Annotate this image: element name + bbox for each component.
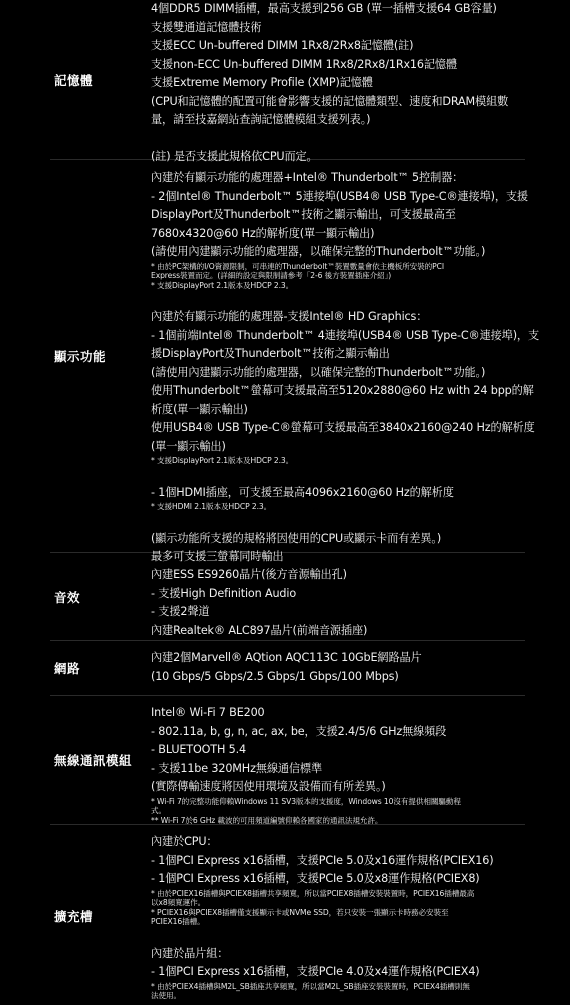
expansion-note: * 由於PCIEX4插槽與M2L_SB插座共享頻寬，所以當M2L_SB插座安裝裝… — [151, 982, 525, 992]
spec-label-network: 網路 — [50, 641, 151, 695]
audio-line: 內建Realtek® ALC897晶片(前端音源插座) — [151, 622, 525, 641]
display-line: - 1個前端Intel® Thunderbolt™ 4連接埠(USB4® USB… — [151, 327, 539, 346]
display-line: 內建於有顯示功能的處理器+Intel® Thunderbolt™ 5控制器： — [151, 169, 539, 188]
spec-row-expansion: 擴充槽 內建於CPU： - 1個PCI Express x16插槽，支援PCIe… — [50, 825, 525, 1005]
display-line: 援DisplayPort及Thunderbolt™技術之顯示輸出 — [151, 345, 539, 364]
memory-line: 量，請至技嘉網站查詢記憶體模組支援列表。) — [151, 111, 525, 130]
spec-value-memory: 4個DDR5 DIMM插槽，最高支援到256 GB (單一插槽支援64 GB容量… — [151, 0, 525, 159]
display-line: 析度(單一顯示輸出) — [151, 401, 539, 420]
memory-line: 支援non-ECC Un-buffered DIMM 1Rx8/2Rx8/1Rx… — [151, 56, 525, 75]
spec-value-display: 內建於有顯示功能的處理器+Intel® Thunderbolt™ 5控制器： -… — [151, 160, 539, 552]
spec-label-display: 顯示功能 — [50, 160, 151, 552]
wireless-line: - 支援11be 320MHz無線通信標準 — [151, 760, 525, 779]
expansion-line: - 1個PCI Express x16插槽，支援PCIe 4.0及x4運作規格(… — [151, 963, 525, 982]
spec-value-expansion: 內建於CPU： - 1個PCI Express x16插槽，支援PCIe 5.0… — [151, 825, 525, 1005]
audio-line: 內建ESS ES9260晶片(後方音源輸出孔) — [151, 566, 525, 585]
display-line: - 2個Intel® Thunderbolt™ 5連接埠(USB4® USB T… — [151, 188, 539, 207]
wireless-note: ** Wi-Fi 7於6 GHz 載波的可用頻道編號仰賴各國家的通訊法規允許。 — [151, 816, 525, 826]
display-line: - 1個HDMI插座，可支援至最高4096x2160@60 Hz的解析度 — [151, 484, 539, 503]
spec-row-display: 顯示功能 內建於有顯示功能的處理器+Intel® Thunderbolt™ 5控… — [50, 160, 525, 553]
spacer — [151, 130, 525, 148]
spec-value-audio: 內建ESS ES9260晶片(後方音源輸出孔) - 支援High Definit… — [151, 553, 525, 640]
display-line: (請使用內建顯示功能的處理器，以確保完整的Thunderbolt™功能。) — [151, 243, 539, 262]
memory-line: 支援Extreme Memory Profile (XMP)記憶體 — [151, 74, 525, 93]
spacer — [151, 512, 539, 530]
display-note: * 支援DisplayPort 2.1版本及HDCP 2.3。 — [151, 456, 539, 466]
memory-line: 4個DDR5 DIMM插槽，最高支援到256 GB (單一插槽支援64 GB容量… — [151, 0, 525, 19]
spec-row-audio: 音效 內建ESS ES9260晶片(後方音源輸出孔) - 支援High Defi… — [50, 553, 525, 641]
display-line: 內建於有顯示功能的處理器-支援Intel® HD Graphics： — [151, 308, 539, 327]
display-note: * 由於PC架構的I/O資源限制，可串連的Thunderbolt™裝置數量會依主… — [151, 262, 539, 272]
spec-row-memory: 記憶體 4個DDR5 DIMM插槽，最高支援到256 GB (單一插槽支援64 … — [50, 0, 525, 160]
display-note: * 支援DisplayPort 2.1版本及HDCP 2.3。 — [151, 281, 539, 291]
display-line: (顯示功能所支援的規格將因使用的CPU或顯示卡而有差異。) — [151, 530, 539, 549]
display-line: 使用Thunderbolt™螢幕可支援最高至5120x2880@60 Hz wi… — [151, 382, 539, 401]
expansion-note: 法使用。 — [151, 991, 525, 1001]
expansion-note: * 由於PCIEX16插槽與PCIEX8插槽共享頻寬，所以當PCIEX8插槽安裝… — [151, 889, 525, 899]
spacer — [151, 290, 539, 308]
spec-label-audio: 音效 — [50, 553, 151, 640]
display-line: (請使用內建顯示功能的處理器，以確保完整的Thunderbolt™功能。) — [151, 364, 539, 383]
spec-label-memory: 記憶體 — [50, 0, 151, 159]
wireless-line: - BLUETOOTH 5.4 — [151, 741, 525, 760]
audio-line: - 支援High Definition Audio — [151, 585, 525, 604]
display-line: 使用USB4® USB Type-C®螢幕可支援最高至3840x2160@240… — [151, 419, 539, 438]
spec-row-wireless: 無線通訊模組 Intel® Wi-Fi 7 BE200 - 802.11a, b… — [50, 696, 525, 825]
expansion-line: 內建於CPU： — [151, 833, 525, 852]
display-line: (單一顯示輸出) — [151, 438, 539, 457]
display-line: 7680x4320@60 Hz的解析度(單一顯示輸出) — [151, 225, 539, 244]
spec-value-wireless: Intel® Wi-Fi 7 BE200 - 802.11a, b, g, n,… — [151, 696, 525, 824]
expansion-line: - 1個PCI Express x16插槽，支援PCIe 5.0及x8運作規格(… — [151, 870, 525, 889]
wireless-note: 式。 — [151, 806, 525, 816]
display-note: Express裝置而定。(詳細的設定與限制請參考「2-6 後方裝置插座介紹」) — [151, 271, 539, 281]
expansion-note: * PCIEX16與PCIEX8插槽僅支援顯示卡或NVMe SSD，若只安裝一張… — [151, 908, 525, 918]
wireless-line: Intel® Wi-Fi 7 BE200 — [151, 704, 525, 723]
expansion-note: PCIEX16插槽。 — [151, 917, 525, 927]
spec-label-wireless: 無線通訊模組 — [50, 696, 151, 824]
spacer — [151, 927, 525, 945]
memory-line: 支援ECC Un-buffered DIMM 1Rx8/2Rx8記憶體(註) — [151, 37, 525, 56]
memory-line: (CPU和記憶體的配置可能會影響支援的記憶體類型、速度和DRAM模組數 — [151, 93, 525, 112]
expansion-line: - 1個PCI Express x16插槽，支援PCIe 5.0及x16運作規格… — [151, 852, 525, 871]
spacer — [151, 466, 539, 484]
audio-line: - 支援2聲道 — [151, 603, 525, 622]
network-line: (10 Gbps/5 Gbps/2.5 Gbps/1 Gbps/100 Mbps… — [151, 668, 525, 687]
spec-row-network: 網路 內建2個Marvell® AQtion AQC113C 10GbE網路晶片… — [50, 641, 525, 696]
spec-label-expansion: 擴充槽 — [50, 825, 151, 1005]
display-note: * 支援HDMI 2.1版本及HDCP 2.3。 — [151, 502, 539, 512]
wireless-line: - 802.11a, b, g, n, ac, ax, be，支援2.4/5/6… — [151, 723, 525, 742]
expansion-note: 以x8頻寬運作。 — [151, 898, 525, 908]
display-line: DisplayPort及Thunderbolt™技術之顯示輸出，可支援最高至 — [151, 206, 539, 225]
wireless-line: (實際傳輸速度將因使用環境及設備而有所差異。) — [151, 778, 525, 797]
wireless-note: * Wi-Fi 7的完整功能仰賴Windows 11 SV3版本的支援度，Win… — [151, 797, 525, 807]
memory-line: 支援雙通道記憶體技術 — [151, 19, 525, 38]
spec-table: 記憶體 4個DDR5 DIMM插槽，最高支援到256 GB (單一插槽支援64 … — [50, 0, 525, 1005]
spec-value-network: 內建2個Marvell® AQtion AQC113C 10GbE網路晶片 (1… — [151, 641, 525, 695]
network-line: 內建2個Marvell® AQtion AQC113C 10GbE網路晶片 — [151, 649, 525, 668]
expansion-line: 內建於晶片組： — [151, 945, 525, 964]
